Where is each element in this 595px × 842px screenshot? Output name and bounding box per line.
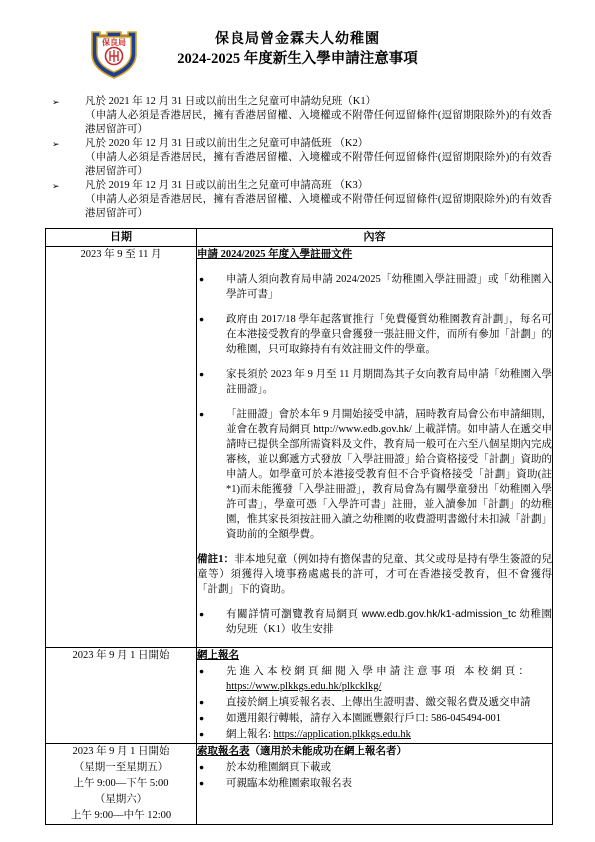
list-item: ● 政府由 2017/18 學年起落實推行「免費優質幼稚園教育計劃」，每名可在本… [197,312,552,357]
table-row: 2023 年 9 月 1 日開始 網上報名 ● 先進入本校網頁細閱入學申請注意事… [46,648,553,744]
row1-bullet-3: 家長須於 2023 年 9 月至 11 月期間為其子女向教育局申請「幼稚園入學註… [226,367,552,397]
dot-bullet-icon: ● [197,607,226,637]
row2-content: 網上報名 ● 先進入本校網頁細閱入學申請注意事項 本校網頁： https://w… [197,648,553,744]
row2-bullet-1: 先進入本校網頁細閱入學申請注意事項 本校網頁： https://www.plkk… [226,664,552,694]
dot-bullet-icon: ● [197,760,226,775]
row2-section-title: 網上報名 [197,648,552,663]
eligibility-note-k2: （申請人必須是香港居民，擁有香港居留權、入境權或不附帶任何逗留條件(逗留期限除外… [85,151,552,179]
row1-bullet-1: 申請人須向教育局申請 2024/2025「幼稚園入學註冊證」或「幼稚園入學許可書… [226,272,552,302]
dot-bullet-icon: ● [197,711,226,726]
eligibility-main-k3: 凡於 2019 年 12 月 31 日或以前出生之兒童可申請高班 （K3） [85,179,552,193]
eligibility-item-k2: ➢ 凡於 2020 年 12 月 31 日或以前出生之兒童可申請低班 （K2） … [45,137,552,179]
row3-section-title: 索取報名表（適用於未能成功在網上報名者） [197,744,552,759]
eligibility-note-k3: （申請人必須是香港居民，擁有香港居留權、入境權或不附帶任何逗留條件(逗留期限除外… [85,193,552,221]
schedule-table: 日期 內容 2023 年 9 至 11 月 申請 2024/2025 年度入學註… [45,228,553,825]
row1-date: 2023 年 9 至 11 月 [46,247,197,648]
row3-bullet-2: 可親臨本幼稚園索取報名表 [226,776,552,791]
remark-1-text: 非本地兒童（例如持有擔保書的兒童、其父或母是持有學生簽證的兒童等）須獲得入境事務… [197,554,552,595]
dot-bullet-icon: ● [197,776,226,791]
dot-bullet-icon: ● [197,664,226,694]
arrow-bullet-icon: ➢ [45,95,85,137]
eligibility-main-k1: 凡於 2021 年 12 月 31 日或以前出生之兒童可申請幼兒班（K1） [85,95,552,109]
school-website-link[interactable]: https://www.plkkgs.edu.hk/plkcklkg/ [226,681,381,692]
edb-k1-admission-url: www.edb.gov.hk/k1-admission_tc [362,608,516,620]
eligibility-item-k3: ➢ 凡於 2019 年 12 月 31 日或以前出生之兒童可申請高班 （K3） … [45,179,552,221]
list-item: ● 於本幼稚園網頁下載或 [197,760,552,775]
document-header: 保良局 保良局曾金霖夫人幼稚園 2024-2025 年度新生入學申請注意事項 [0,0,595,88]
remark-1-label: 備註1： [197,554,234,565]
row3-date-line: 上午 9:00—中午 12:00 [46,808,196,824]
eligibility-item-k1: ➢ 凡於 2021 年 12 月 31 日或以前出生之兒童可申請幼兒班（K1） … [45,95,552,137]
dot-bullet-icon: ● [197,367,226,397]
table-row: 2023 年 9 至 11 月 申請 2024/2025 年度入學註冊文件 ● … [46,247,553,648]
dot-bullet-icon: ● [197,272,226,302]
school-crest-logo-icon: 保良局 [90,28,138,80]
row3-date-line: （星期六） [46,792,196,808]
eligibility-main-k2: 凡於 2020 年 12 月 31 日或以前出生之兒童可申請低班 （K2） [85,137,552,151]
eligibility-list: ➢ 凡於 2021 年 12 月 31 日或以前出生之兒童可申請幼兒班（K1） … [45,95,552,221]
list-item: ● 網上報名: https://application.plkkgs.edu.h… [197,727,552,742]
list-item: ● 可親臨本幼稚園索取報名表 [197,776,552,791]
document-page: 保良局 保良局曾金霖夫人幼稚園 2024-2025 年度新生入學申請注意事項 ➢… [0,0,595,842]
dot-bullet-icon: ● [197,407,226,542]
table-row: 2023 年 9 月 1 日開始 （星期一至星期五） 上午 9:00—下午 5:… [46,744,553,825]
row2-date: 2023 年 9 月 1 日開始 [46,648,197,744]
row3-bullet-1: 於本幼稚園網頁下載或 [226,760,552,775]
dot-bullet-icon: ● [197,727,226,742]
list-item: ● 「註冊證」會於本年 9 月開始接受申請，屆時教育局會公布申請細則，並會在教育… [197,407,552,542]
row3-date-line: （星期一至星期五） [46,760,196,776]
row2-bullet-4: 網上報名: https://application.plkkgs.edu.hk [226,727,552,742]
list-item: ● 有關詳情可瀏覽教育局網頁 www.edb.gov.hk/k1-admissi… [197,607,552,637]
arrow-bullet-icon: ➢ [45,179,85,221]
row3-content: 索取報名表（適用於未能成功在網上報名者） ● 於本幼稚園網頁下載或 ● 可親臨本… [197,744,553,825]
list-item: ● 如選用銀行轉帳，請存入本園匯豐銀行戶口: 586-045494-001 [197,711,552,726]
dot-bullet-icon: ● [197,312,226,357]
svg-text:保良局: 保良局 [101,37,126,47]
list-item: ● 先進入本校網頁細閱入學申請注意事項 本校網頁： https://www.pl… [197,664,552,694]
dot-bullet-icon: ● [197,695,226,710]
row1-content: 申請 2024/2025 年度入學註冊文件 ● 申請人須向教育局申請 2024/… [197,247,553,648]
row2-bullet-2: 直接於網上填妥報名表、上傳出生證明書、繳交報名費及遞交申請 [226,695,552,710]
row1-section-title: 申請 2024/2025 年度入學註冊文件 [197,247,552,262]
list-item: ● 申請人須向教育局申請 2024/2025「幼稚園入學註冊證」或「幼稚園入學許… [197,272,552,302]
row3-date: 2023 年 9 月 1 日開始 （星期一至星期五） 上午 9:00—下午 5:… [46,744,197,825]
row3-date-line: 2023 年 9 月 1 日開始 [46,744,196,760]
arrow-bullet-icon: ➢ [45,137,85,179]
row1-bullet-4: 「註冊證」會於本年 9 月開始接受申請，屆時教育局會公布申請細則，並會在教育局網… [226,407,552,542]
row1-bullet-2: 政府由 2017/18 學年起落實推行「免費優質幼稚園教育計劃」，每名可在本港接… [226,312,552,357]
online-application-link[interactable]: https://application.plkkgs.edu.hk [274,729,411,740]
row1-bullet-5: 有關詳情可瀏覽教育局網頁 www.edb.gov.hk/k1-admission… [226,607,552,637]
row2-bullet-3: 如選用銀行轉帳，請存入本園匯豐銀行戶口: 586-045494-001 [226,711,552,726]
table-header-row: 日期 內容 [46,229,553,247]
row3-date-line: 上午 9:00—下午 5:00 [46,776,196,792]
content-column-header: 內容 [197,229,553,247]
list-item: ● 家長須於 2023 年 9 月至 11 月期間為其子女向教育局申請「幼稚園入… [197,367,552,397]
list-item: ● 直接於網上填妥報名表、上傳出生證明書、繳交報名費及遞交申請 [197,695,552,710]
remark-1: 備註1：非本地兒童（例如持有擔保書的兒童、其父或母是持有學生簽證的兒童等）須獲得… [197,552,552,597]
eligibility-note-k1: （申請人必須是香港居民，擁有香港居留權、入境權或不附帶任何逗留條件(逗留期限除外… [85,109,552,137]
date-column-header: 日期 [46,229,197,247]
